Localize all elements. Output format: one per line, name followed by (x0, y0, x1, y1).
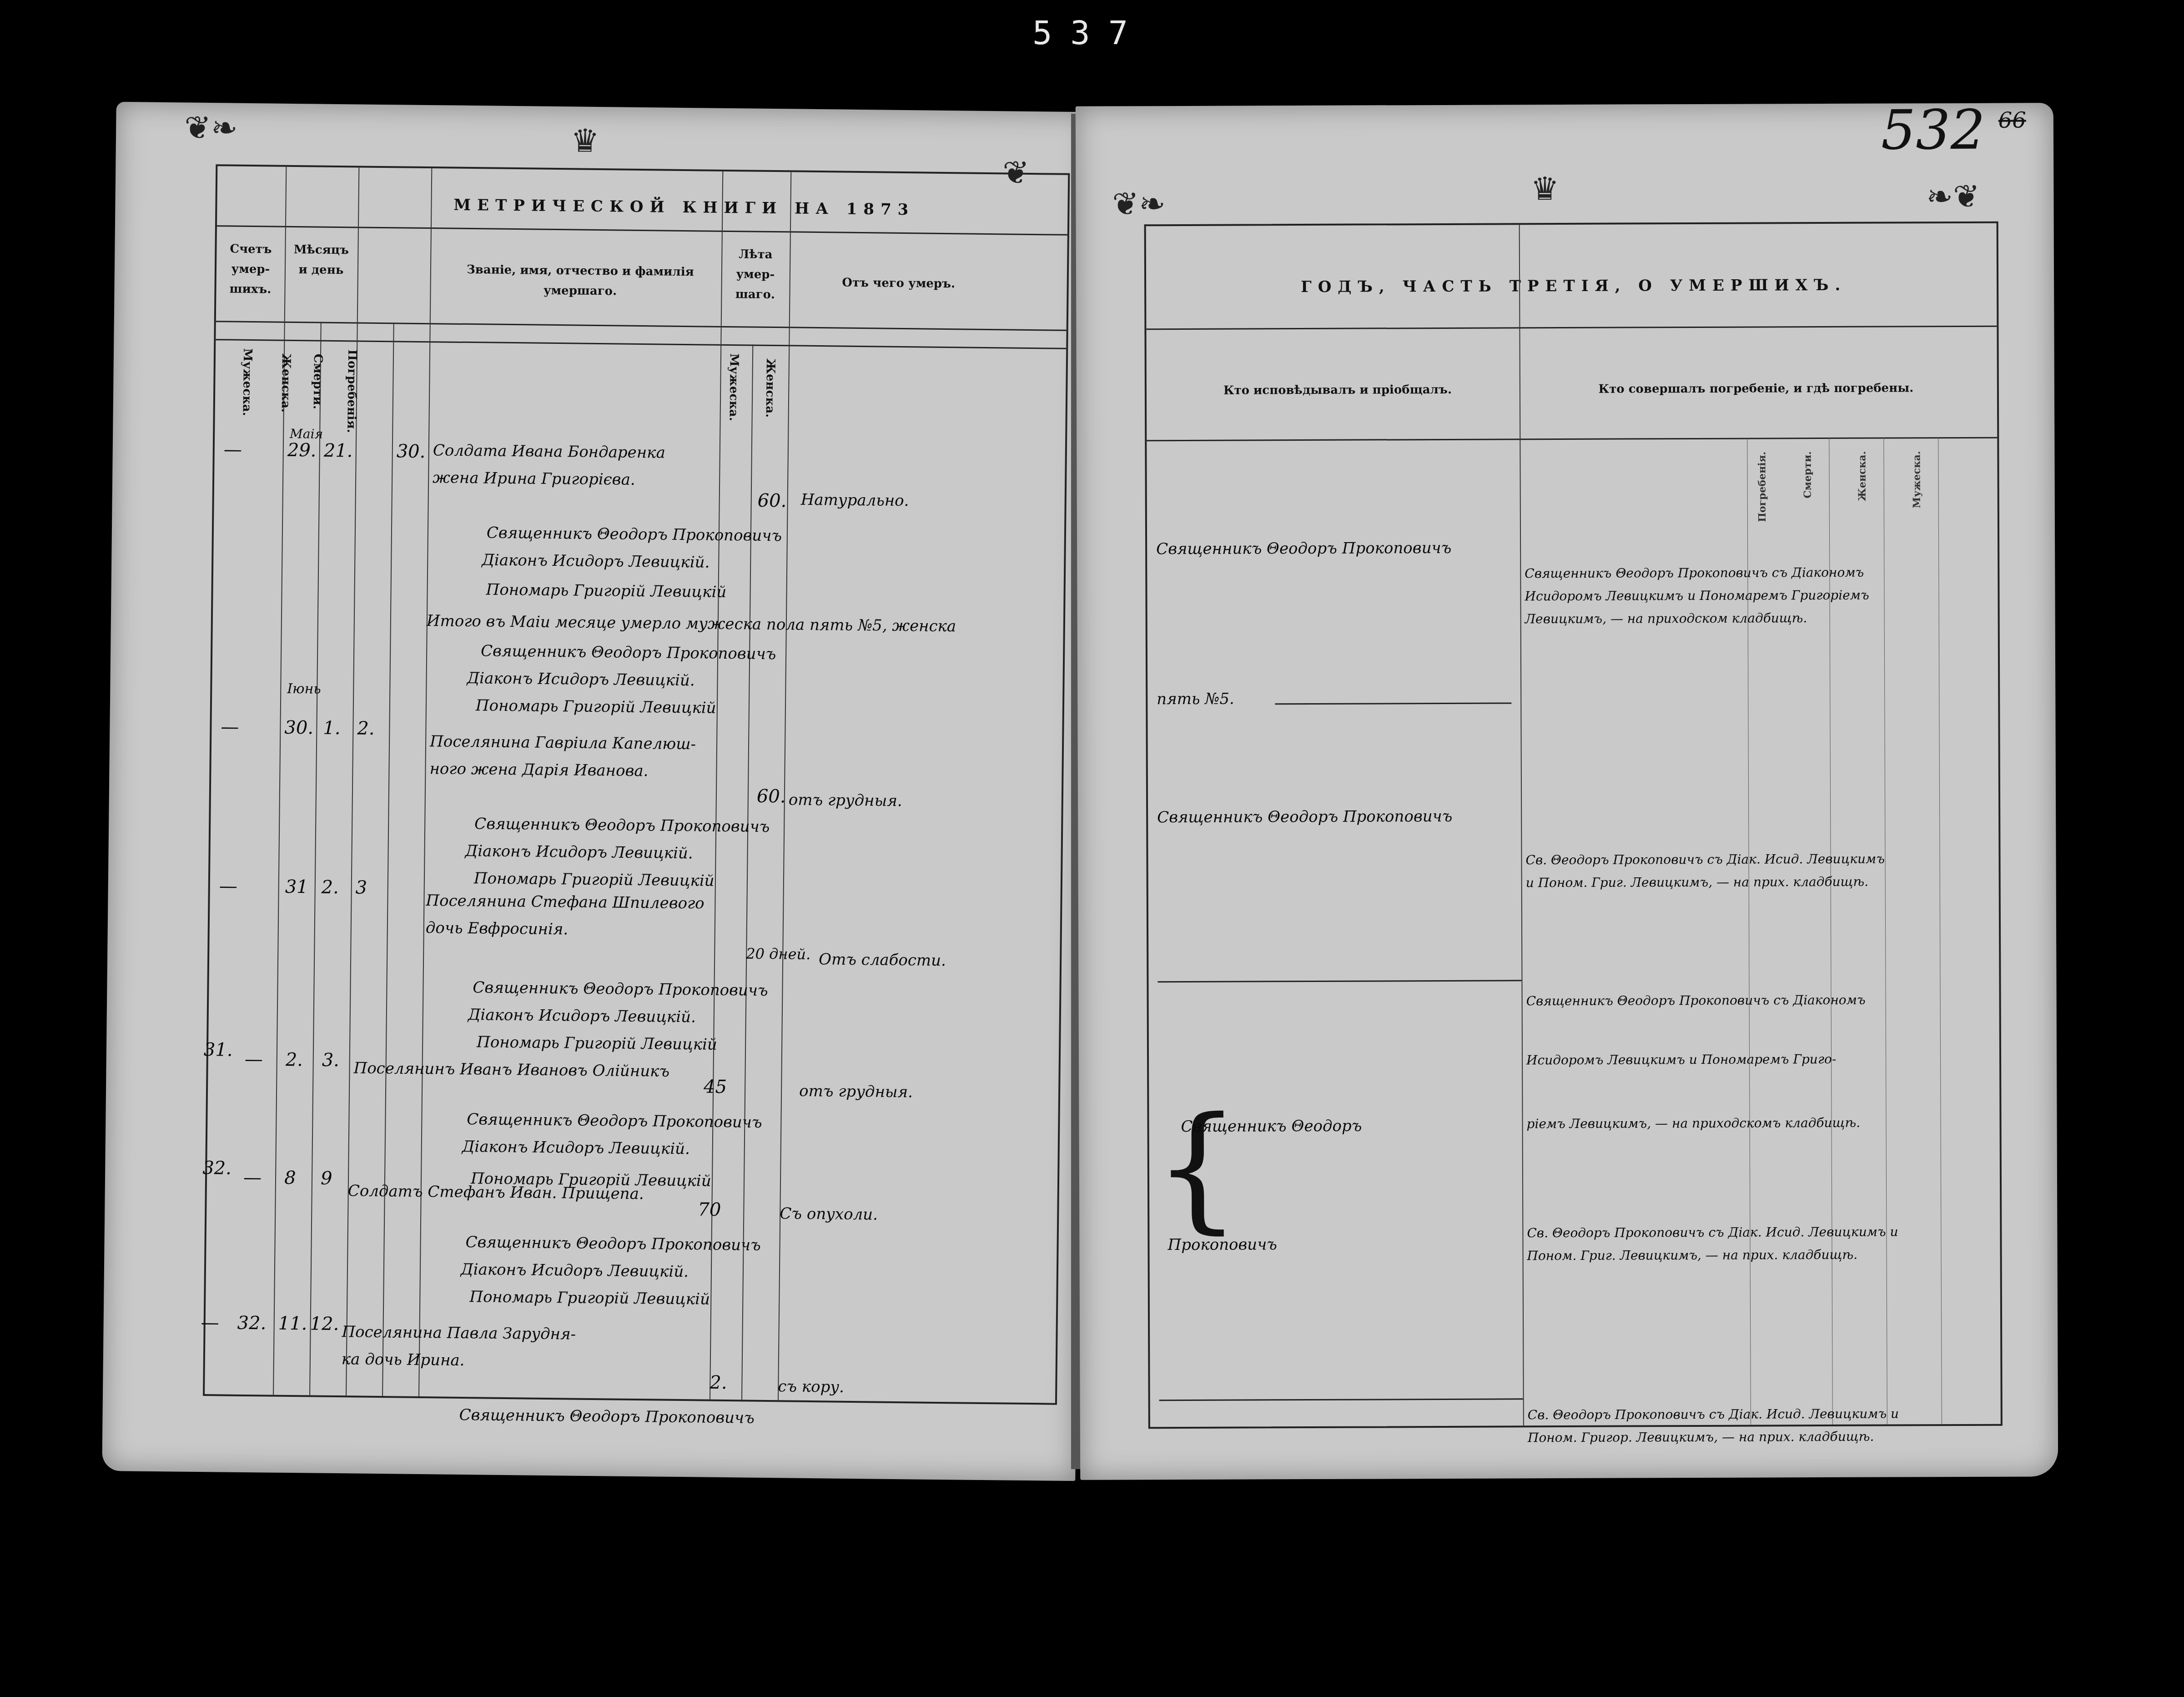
cause-of-death: Натурально. (801, 491, 909, 510)
death-day: 2. (286, 1049, 303, 1070)
signature-deacon: Діаконъ Исидоръ Левицкій. (468, 1006, 696, 1026)
page-title: ГОДЪ, ЧАСТЬ ТРЕТІЯ, О УМЕРШИХЪ. (1301, 276, 1847, 296)
death-entry: — 31 2. 3 Поселянина Стефана Шпилевого д… (217, 166, 1068, 175)
male-number: — (201, 1312, 219, 1333)
signature-priest: Священникъ Θеодоръ Прокоповичъ (474, 815, 770, 836)
burial-entry: Св. Θеодоръ Прокоповичъ съ Діак. Исид. Л… (1146, 223, 1997, 227)
death-entry: — 32. 11. 12. Поселянина Павла Зарудня- … (217, 166, 1068, 175)
deceased-name: Поселянинъ Иванъ Ивановъ Олійникъ (353, 1059, 669, 1080)
death-entry: Маія — 29. 21. 30. Солдата Ивана Бондаре… (217, 166, 1068, 175)
deceased-name: жена Ирина Григорієва. (433, 468, 635, 489)
burial-line: Священникъ Θеодоръ Прокоповичъ съ Діакон… (1526, 992, 1866, 1009)
burial-line: Св. Θеодоръ Прокоповичъ съ Діак. Исид. Л… (1528, 1406, 1899, 1422)
death-day: 11. (278, 1313, 307, 1334)
burial-entry: Св. Θеодоръ Прокоповичъ съ Діак. Исид. Л… (1146, 223, 1997, 227)
mirror-header: Мужеска. (1911, 451, 1922, 508)
signature-sexton: Пономарь Григорій Левицкій (486, 580, 726, 601)
right-page: 532 66 ❦❧ ♛ ❧❦ ГОДЪ, ЧАСТЬ ТРЕТІЯ, О УМЕ… (1076, 103, 2058, 1480)
signature-priest: Священникъ Θеодоръ Прокоповичъ (481, 642, 776, 663)
burial-line: Св. Θеодоръ Прокоповичъ съ Діак. Исид. Л… (1525, 851, 1884, 868)
burial-entry: Св. Θеодоръ Прокоповичъ съ Діак. Исид. Л… (1146, 223, 1997, 227)
corner-ornament-icon: ❦❧ (184, 111, 238, 144)
header-death: Смерти. (311, 353, 325, 409)
page-title: МЕТРИЧЕСКОЙ КНИГИ НА 1873 (453, 196, 915, 219)
confessor-entry: Прокоповичъ (1167, 1235, 1277, 1254)
summary-text: Итого въ Маіи месяце умерло мужеска пола… (427, 612, 956, 635)
header-cause: Отъ чего умеръ. (808, 272, 990, 294)
signature-deacon: Діаконъ Исидоръ Левицкій. (482, 551, 710, 571)
female-number: 31 (285, 876, 308, 898)
header-count: Счетъ умер-шихъ. (221, 239, 280, 300)
male-number: 31. (204, 1039, 233, 1061)
death-entry: 32. — 8 9 Солдатъ Стефанъ Иван. Прищепа.… (217, 166, 1068, 175)
crown-ornament-icon: ♛ (1530, 173, 1559, 205)
signature-priest: Священникъ Θеодоръ Прокоповичъ (467, 1110, 762, 1132)
old-page-number: 66 (1998, 107, 2026, 133)
burial-day: 30. (397, 441, 426, 462)
crown-ornament-icon: ♛ (571, 125, 599, 157)
male-number: — (221, 716, 239, 737)
burial-day: 3. (322, 1050, 340, 1071)
female-number: 32. (237, 1313, 266, 1334)
deceased-name: Солдата Ивана Бондаренка (433, 441, 665, 462)
deceased-name: ка дочь Ирина. (342, 1350, 465, 1370)
header-count-male: Мужеска. (240, 348, 255, 416)
signature-sexton: Пономарь Григорій Левицкій (477, 1033, 717, 1054)
burial-entry: Священникъ Θеодоръ Прокоповичъ съ Діакон… (1146, 223, 1997, 227)
deceased-name: Поселянина Гавріила Капелюш- (430, 732, 696, 753)
header-age-male: Мужеска. (727, 353, 741, 421)
burial-line: Священникъ Θеодоръ Прокоповичъ съ Діакон… (1525, 565, 1864, 581)
death-day: 8 (284, 1168, 296, 1188)
female-number: — (243, 1167, 262, 1188)
burial-day: 9 (321, 1168, 332, 1189)
signature-priest: Священникъ Θеодоръ Прокоповичъ (487, 524, 782, 545)
male-number: — (224, 439, 242, 460)
signature-priest: Священникъ Θеодоръ Прокоповичъ (465, 1233, 761, 1254)
header-age-female: Женска. (763, 358, 777, 418)
female-number: 30. (284, 717, 313, 739)
signature-sexton: Пономарь Григорій Левицкій (469, 1288, 710, 1309)
header-age: Лѣта умер-шаго. (725, 244, 785, 305)
signature-priest: Священникъ Θеодоръ Прокоповичъ (473, 978, 768, 1000)
burial-line: Исидоромъ Левицкимъ и Пономаремъ Григорі… (1525, 588, 1869, 604)
burial-line: Левицкимъ, — на приходском кладбищѣ. (1525, 610, 1807, 626)
signature-priest: Священникъ Θеодоръ Прокоповичъ (459, 1406, 755, 1427)
burial-entry: Священникъ Θеодоръ Прокоповичъ съ Діакон… (1146, 223, 1997, 227)
burial-day: 3 (356, 877, 367, 898)
age-female: 2. (710, 1372, 727, 1393)
deceased-name: Поселянина Стефана Шпилевого (426, 891, 705, 912)
month-label: Іюнь (287, 681, 321, 697)
female-number: 29. (287, 440, 317, 461)
header-burial-by: Кто совершалъ погребеніе, и гдѣ погребен… (1524, 378, 1988, 400)
signature-deacon: Діаконъ Исидоръ Левицкій. (462, 1138, 690, 1158)
signature-deacon: Діаконъ Исидоръ Левицкій. (467, 669, 694, 690)
cause-of-death: Отъ слабости. (819, 950, 946, 970)
death-day: 2. (322, 877, 339, 898)
death-day: 21. (324, 440, 353, 462)
mirror-header: Смерти. (1802, 451, 1813, 499)
frame-counter: 537 (1032, 14, 1146, 52)
signature-sexton: Пономарь Григорій Левицкій (474, 869, 715, 890)
burial-line: Поном. Григ. Левицкимъ, — на прих. кладб… (1527, 1247, 1858, 1264)
death-day: 1. (323, 718, 341, 739)
confessor-entry: Священникъ Θеодоръ (1181, 1117, 1362, 1136)
cause-of-death: отъ грудныя. (789, 791, 902, 810)
deceased-name: Солдатъ Стефанъ Иван. Прищепа. (348, 1182, 644, 1203)
confessor-entry: Священникъ Θеодоръ Прокоповичъ (1157, 807, 1452, 826)
header-name: Званіе, имя, отчество и фамилія умершаго… (453, 260, 708, 302)
mirror-header: Женска. (1856, 451, 1868, 501)
signature-deacon: Діаконъ Исидоръ Левицкій. (461, 1260, 689, 1281)
month-summary: Итого въ Маіи месяце умерло мужеска пола… (217, 166, 1068, 175)
deceased-name: ного жена Дарія Иванова. (429, 760, 648, 780)
burial-line: Поном. Григор. Левицкимъ, — на прих. кла… (1528, 1429, 1874, 1445)
female-number: — (245, 1049, 263, 1070)
burial-day: 2. (357, 718, 375, 739)
page-number: 532 (1881, 99, 1986, 162)
register-table-continued: ГОДЪ, ЧАСТЬ ТРЕТІЯ, О УМЕРШИХЪ. Кто испо… (1144, 222, 2003, 1429)
burial-line: ріемъ Левицкимъ, — на приходскомъ кладби… (1526, 1115, 1860, 1132)
register-table: МЕТРИЧЕСКОЙ КНИГИ НА 1873 Счетъ умер-ших… (203, 164, 1070, 1405)
cause-of-death: отъ грудныя. (799, 1082, 913, 1102)
male-number: — (219, 876, 237, 896)
burial-line: Св. Θеодоръ Прокоповичъ съ Діак. Исид. Л… (1527, 1224, 1898, 1240)
deceased-name: дочь Евфросинія. (426, 919, 569, 938)
age-male: 45 (704, 1077, 727, 1098)
burial-line: и Поном. Григ. Левицкимъ, — на прих. кла… (1526, 874, 1869, 891)
signature-deacon: Діаконъ Исидоръ Левицкій. (465, 842, 693, 862)
death-entry: 31. — 2. 3. Поселянинъ Иванъ Ивановъ Олі… (217, 166, 1068, 175)
left-page: ❦❧ ♛ ❦ МЕТРИЧЕСКОЙ КНИГИ НА 1873 Счетъ у… (102, 102, 1089, 1481)
confessor-entry: Священникъ Θеодоръ Прокоповичъ (1156, 539, 1451, 558)
male-number: 32. (202, 1158, 231, 1179)
summary-continuation: пять №5. (1157, 690, 1234, 709)
mirror-header: Погребенія. (1756, 451, 1768, 522)
header-burial: Погребенія. (344, 349, 359, 433)
cause-of-death: Съ опухоли. (780, 1204, 878, 1224)
corner-ornament-icon: ❦❧ (1112, 188, 1166, 220)
month-label: Маія (290, 426, 323, 442)
burial-line: Исидоромъ Левицкимъ и Пономаремъ Григо- (1526, 1052, 1836, 1068)
age-female: 20 дней. (746, 945, 810, 962)
burial-day: 12. (310, 1313, 339, 1334)
cause-of-death: съ кору. (778, 1377, 844, 1396)
header-month-day: Мѣсяцъ и день (289, 240, 353, 281)
age-male: 70 (698, 1199, 721, 1220)
age-female: 60. (757, 490, 786, 512)
header-confessor: Кто исповѣдывалъ и пріобщалъ. (1165, 379, 1510, 401)
deceased-name: Поселянина Павла Зарудня- (342, 1323, 576, 1343)
header-count-female: Женска. (279, 353, 293, 413)
corner-ornament-icon: ❧❦ (1926, 181, 1980, 212)
signature-sexton: Пономарь Григорій Левицкій (476, 696, 716, 717)
age-female: 60. (757, 786, 786, 807)
death-entry: Іюнь — 30. 1. 2. Поселянина Гавріила Кап… (217, 166, 1068, 175)
